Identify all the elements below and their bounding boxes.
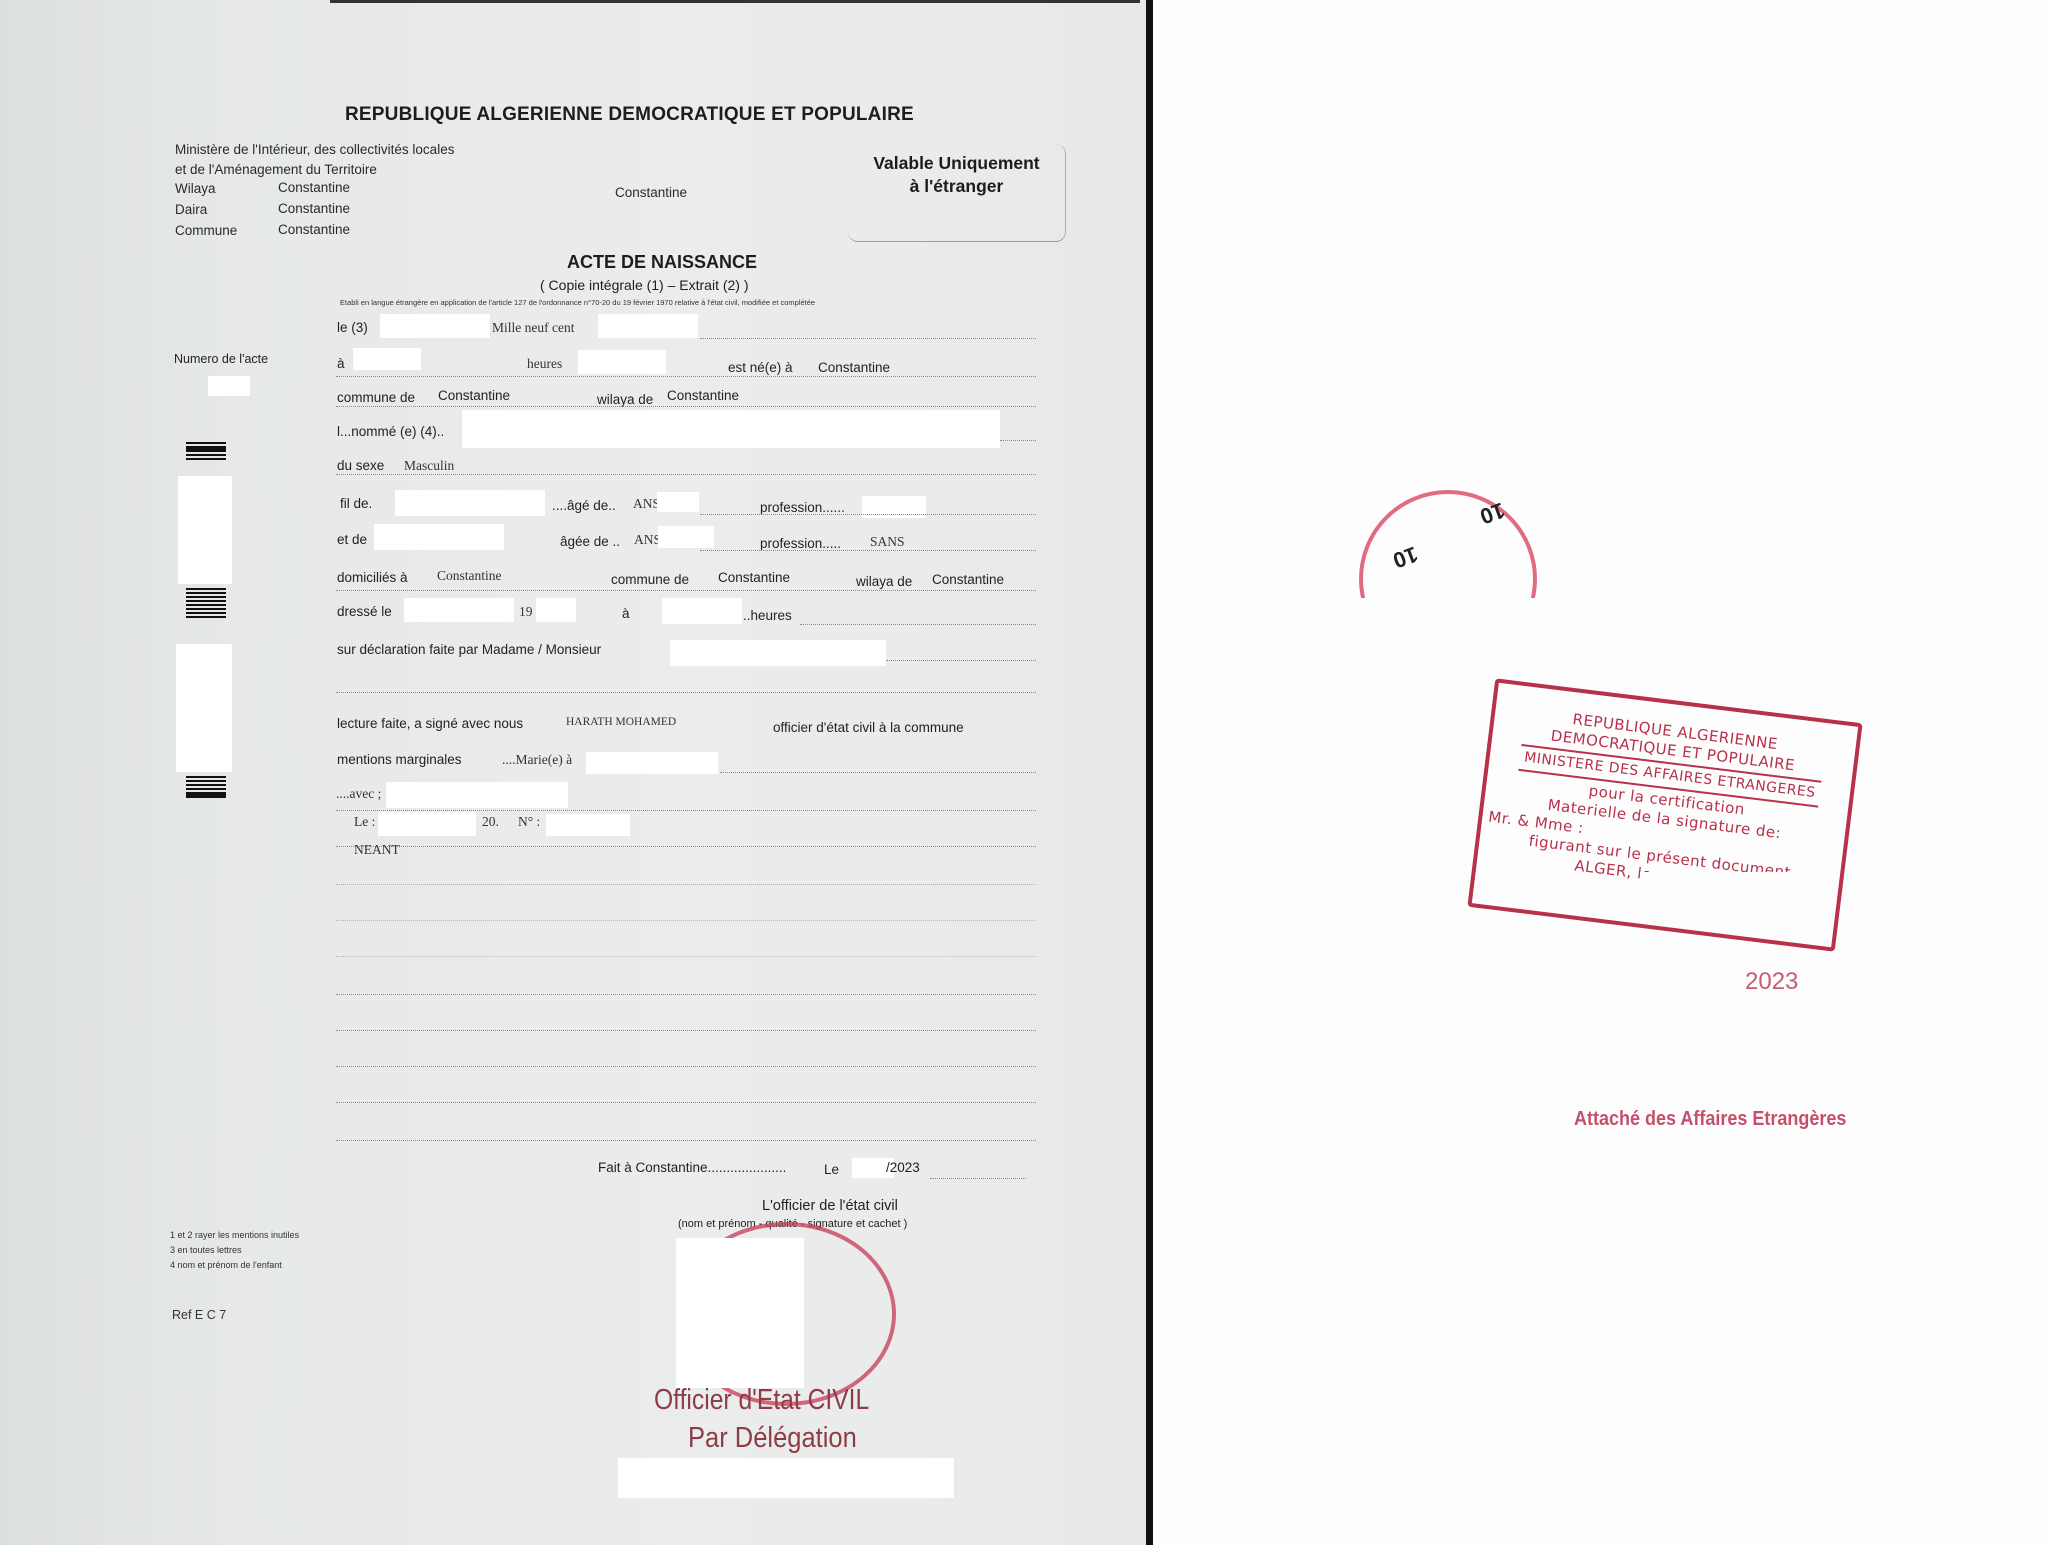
dotted-line (1000, 440, 1036, 441)
redaction (536, 598, 576, 622)
officer-name: HARATH MOHAMED (566, 716, 676, 728)
redaction (353, 348, 421, 370)
dresse-label: dressé le (337, 604, 392, 619)
dotted-line (336, 1030, 1036, 1031)
badge-line-1: Valable Uniquement (848, 152, 1065, 175)
declaration-label: sur déclaration faite par Madame / Monsi… (337, 642, 601, 657)
redaction (1343, 598, 1593, 668)
page-edge (330, 0, 1140, 3)
commune-value: Constantine (278, 222, 350, 237)
dotted-line (700, 550, 1036, 551)
dotted-line (336, 692, 1036, 693)
officer-suffix: officier d'état civil à la commune (773, 720, 964, 735)
daira-value: Constantine (278, 201, 350, 216)
dotted-line (700, 338, 1036, 339)
redaction (178, 476, 232, 584)
agee-label: âgée de .. (560, 534, 620, 549)
est-ne-value: Constantine (818, 360, 890, 375)
dotted-line (800, 624, 1036, 625)
dotted-line (336, 1102, 1036, 1103)
dotted-line (336, 994, 1036, 995)
dotted-line (336, 376, 1036, 377)
commune-de-value: Constantine (438, 388, 510, 403)
ministry-line-1: Ministère de l'Intérieur, des collectivi… (175, 142, 454, 157)
dotted-line (336, 884, 1036, 885)
mille-text: Mille neuf cent (492, 320, 574, 336)
le2-label: Le : (354, 814, 375, 830)
officer-title: L'officier de l'état civil (762, 1198, 898, 1214)
dotted-line (336, 810, 1036, 811)
commune2-value: Constantine (718, 570, 790, 585)
dotted-line (336, 406, 1036, 407)
document-subtitle: ( Copie intégrale (1) – Extrait (2) ) (540, 277, 749, 293)
profession2-label: profession..... (760, 536, 841, 551)
fait-year: /2023 (886, 1160, 920, 1175)
dresse-a: à (622, 606, 630, 621)
dotted-line (336, 1140, 1036, 1141)
dotted-line (700, 514, 1036, 515)
neant-text: NEANT (354, 842, 400, 858)
redaction (176, 644, 232, 772)
badge-line-2: à l'étranger (848, 175, 1065, 198)
wilaya-de-value: Constantine (667, 388, 739, 403)
redaction (658, 526, 714, 548)
wilaya-value: Constantine (278, 180, 350, 195)
dotted-line (886, 660, 1036, 661)
redaction (462, 410, 1000, 448)
legalization-stamp: REPUBLIQUE ALGERIENNE DEMOCRATIQUE ET PO… (1467, 678, 1862, 951)
sexe-value: Masculin (404, 458, 454, 474)
dotted-line (336, 920, 1036, 921)
dotted-line (720, 772, 1036, 773)
redaction (676, 1238, 804, 1388)
redaction (404, 598, 514, 622)
fait-le-label: Le (824, 1162, 839, 1177)
et-de-label: et de (337, 532, 367, 547)
acte-number-label: Numero de l'acte (174, 352, 268, 366)
profession-label: profession...... (760, 500, 845, 515)
redaction (598, 314, 698, 338)
legal-note: Etabli en langue étrangère en applicatio… (340, 298, 815, 307)
dresse-heures: ..heures (743, 608, 792, 623)
stamp-year: 2023 (1745, 968, 1798, 996)
redaction (670, 640, 886, 666)
dotted-line (336, 1066, 1036, 1067)
commune-de-label: commune de (337, 390, 415, 405)
document-title: ACTE DE NAISSANCE (567, 252, 757, 273)
numero-label: N° : (518, 814, 540, 830)
domicilies-label: domiciliés à (337, 570, 408, 585)
nomme-label: l...nommé (e) (4).. (337, 424, 444, 439)
ministry-line-2: et de l'Aménagement du Territoire (175, 162, 377, 177)
sexe-label: du sexe (337, 458, 384, 473)
reference: Ref E C 7 (172, 1308, 226, 1322)
est-ne-label: est né(e) à (728, 360, 793, 375)
redaction (380, 314, 490, 338)
center-place: Constantine (615, 185, 687, 200)
avec-label: ....avec ; (336, 786, 381, 802)
attache-signature: Attaché des Affaires Etrangères (1574, 1108, 1846, 1131)
footnote-1: 1 et 2 rayer les mentions inutiles (170, 1230, 299, 1240)
footnote-3: 4 nom et prénom de l'enfant (170, 1260, 282, 1270)
commune2-label: commune de (611, 572, 689, 587)
redaction (208, 376, 250, 396)
wilaya-label: Wilaya (175, 181, 216, 196)
age-value: ANS (633, 496, 660, 512)
redaction (657, 492, 699, 512)
barcode (186, 586, 226, 620)
le2-year: 20. (482, 814, 499, 830)
redaction (586, 752, 718, 774)
redaction (374, 524, 504, 550)
redaction (1640, 872, 1830, 908)
wilaya2-value: Constantine (932, 572, 1004, 587)
dotted-line (336, 590, 1036, 591)
redaction (546, 814, 630, 836)
age-label: ....âgé de.. (552, 498, 616, 513)
heures-label: heures (527, 356, 562, 372)
dotted-line (336, 846, 1036, 847)
redaction (386, 782, 568, 808)
republic-title: REPUBLIQUE ALGERIENNE DEMOCRATIQUE ET PO… (345, 104, 914, 126)
le-label: le (3) (337, 320, 368, 335)
fils-label: fil de. (340, 496, 372, 511)
redaction (662, 598, 742, 624)
officer-stamp-line-1: Officier d'Etat CIVIL (654, 1384, 869, 1417)
validity-badge: Valable Uniquement à l'étranger (848, 144, 1066, 242)
redaction (618, 1458, 954, 1498)
daira-label: Daira (175, 202, 207, 217)
barcode (186, 774, 226, 800)
officer-stamp-line-2: Par Délégation (688, 1422, 857, 1455)
domicilies-value: Constantine (437, 568, 502, 584)
dotted-line (336, 956, 1036, 957)
dotted-line (336, 474, 1036, 475)
a-label: à (337, 356, 345, 371)
page-divider (1146, 0, 1153, 1545)
redaction (395, 490, 545, 516)
dotted-line (930, 1178, 1026, 1179)
mentions-value: ....Marie(e) à (502, 752, 572, 768)
commune-label: Commune (175, 223, 237, 238)
mentions-label: mentions marginales (337, 752, 462, 767)
birth-certificate-page: REPUBLIQUE ALGERIENNE DEMOCRATIQUE ET PO… (0, 0, 1146, 1545)
dresse-year: 19 (519, 604, 533, 620)
redaction (378, 812, 476, 836)
agee-value: ANS (634, 532, 661, 548)
fait-a: Fait à Constantine..................... (598, 1160, 786, 1175)
wilaya-de-label: wilaya de (597, 392, 653, 407)
redaction (578, 350, 666, 374)
wilaya2-label: wilaya de (856, 574, 912, 589)
footnote-2: 3 en toutes lettres (170, 1245, 242, 1255)
profession2-value: SANS (870, 534, 905, 550)
barcode (186, 440, 226, 462)
lecture-label: lecture faite, a signé avec nous (337, 716, 523, 731)
